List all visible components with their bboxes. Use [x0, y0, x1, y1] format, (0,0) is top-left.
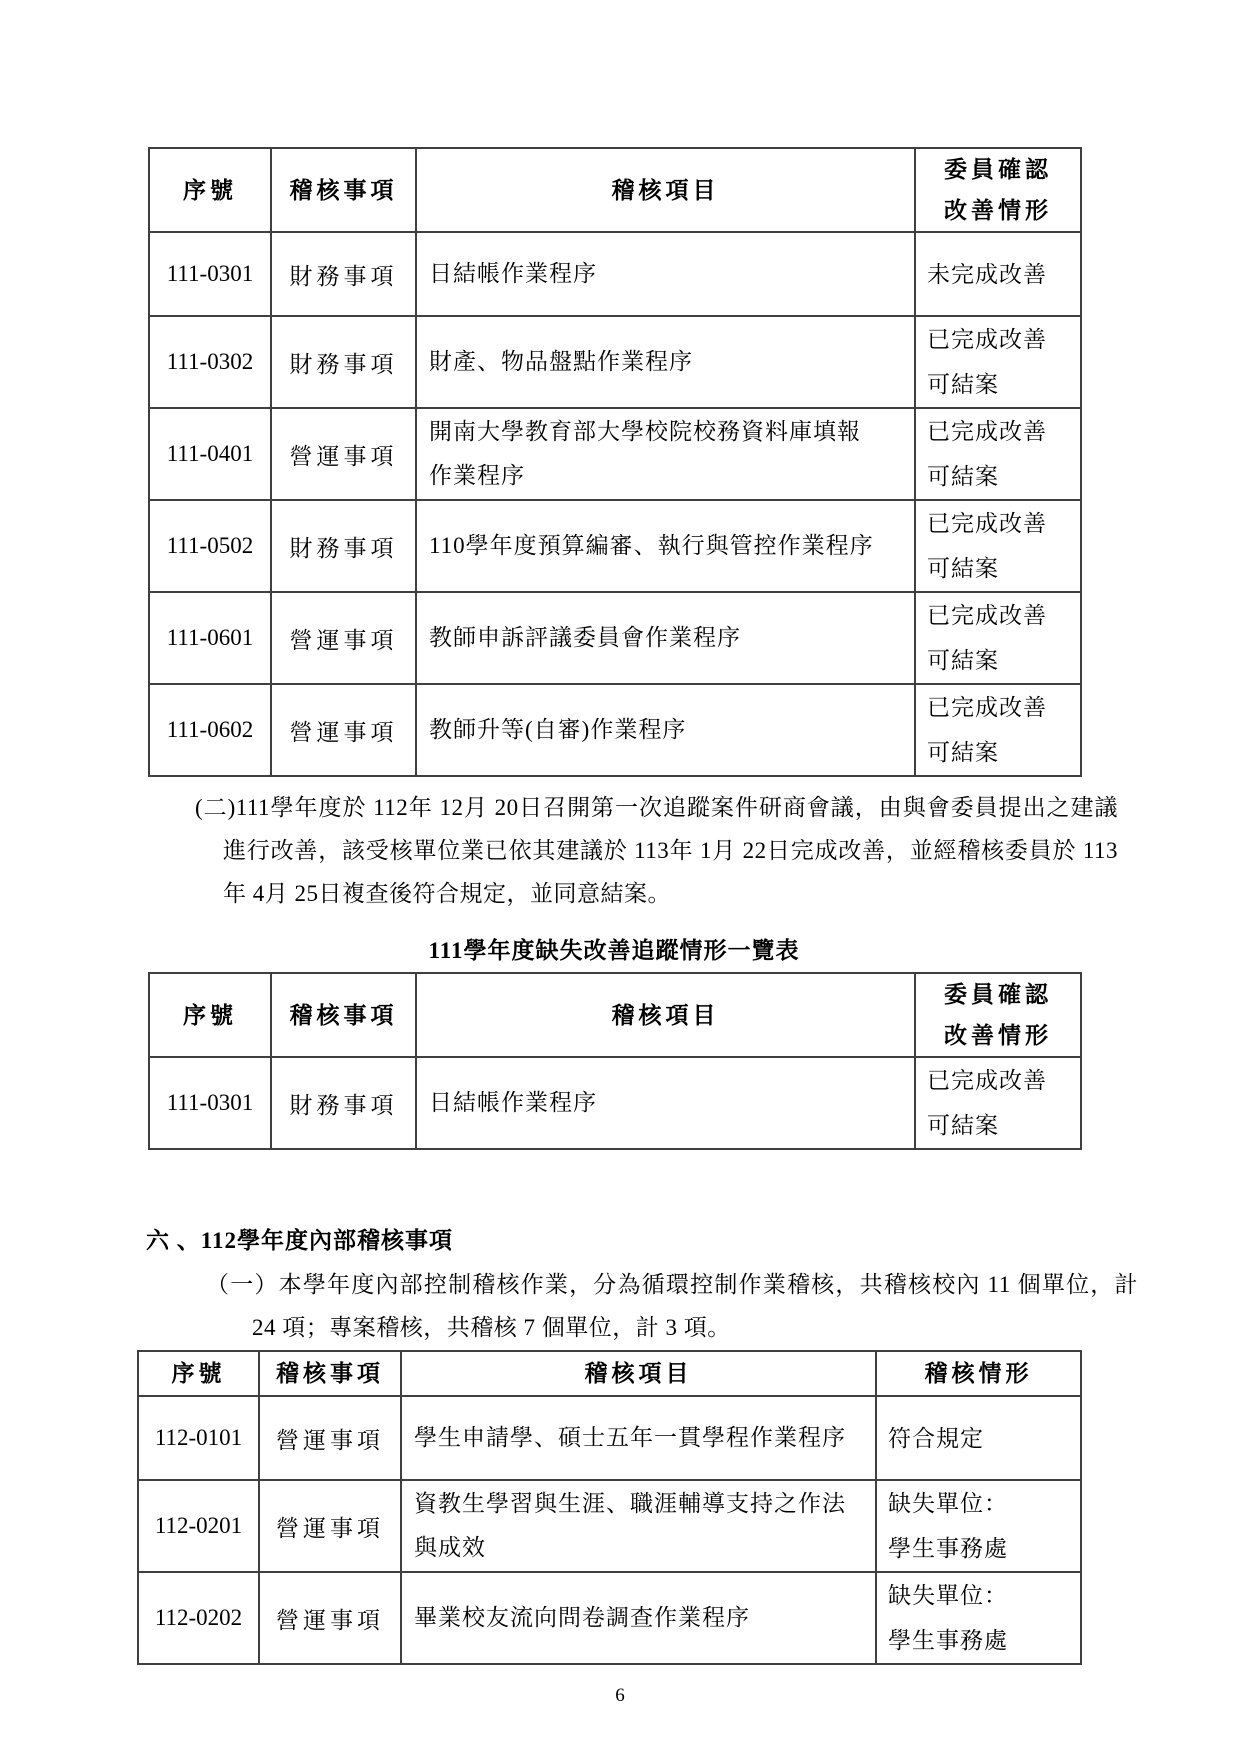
table-row: 111-0301 財務事項 日結帳作業程序 已完成改善 可結案 — [149, 1057, 1081, 1149]
table-row: 111-0401 營運事項 開南大學教育部大學校院校務資料庫填報 作業程序 已完… — [149, 408, 1081, 500]
table-row: 112-0101 營運事項 學生申請學、碩士五年一貫學程作業程序 符合規定 — [138, 1396, 1081, 1480]
table-header-row: 序號 稽核事項 稽核項目 委員確認 改善情形 — [149, 973, 1081, 1057]
cell-category: 財務事項 — [271, 316, 416, 408]
cell-seq: 111-0302 — [149, 316, 271, 408]
cell-category: 財務事項 — [271, 1057, 416, 1149]
table-row: 111-0301 財務事項 日結帳作業程序 未完成改善 — [149, 232, 1081, 316]
audit-table-112: 序號 稽核事項 稽核項目 稽核情形 112-0101 營運事項 學生申請學、碩士… — [137, 1350, 1082, 1665]
cell-status: 未完成改善 — [915, 232, 1081, 316]
cell-category: 營運事項 — [259, 1572, 401, 1664]
cell-status: 符合規定 — [876, 1396, 1081, 1480]
cell-seq: 111-0301 — [149, 1057, 271, 1149]
col-header-item: 稽核項目 — [401, 1351, 876, 1396]
cell-category: 營運事項 — [259, 1480, 401, 1572]
cell-status: 缺失單位： 學生事務處 — [876, 1480, 1081, 1572]
cell-status: 已完成改善 可結案 — [915, 500, 1081, 592]
cell-category: 營運事項 — [271, 684, 416, 776]
col-header-seq: 序號 — [149, 148, 271, 232]
cell-status: 已完成改善 可結案 — [915, 592, 1081, 684]
cell-item: 畢業校友流向問卷調查作業程序 — [401, 1572, 876, 1664]
cell-seq: 112-0201 — [138, 1480, 259, 1572]
cell-category: 財務事項 — [271, 500, 416, 592]
cell-seq: 111-0301 — [149, 232, 271, 316]
table-row: 111-0602 營運事項 教師升等(自審)作業程序 已完成改善 可結案 — [149, 684, 1081, 776]
col-header-status: 委員確認 改善情形 — [915, 148, 1081, 232]
cell-seq: 111-0602 — [149, 684, 271, 776]
cell-status: 已完成改善 可結案 — [915, 1057, 1081, 1149]
tracking-table-111: 序號 稽核事項 稽核項目 委員確認 改善情形 111-0301 財務事項 日結帳… — [148, 972, 1082, 1150]
col-header-category: 稽核事項 — [271, 973, 416, 1057]
paragraph-followup-meeting: (二)111學年度於 112年 12月 20日召開第一次追蹤案件研商會議，由與會… — [195, 786, 1118, 915]
cell-category: 營運事項 — [259, 1396, 401, 1480]
cell-seq: 112-0101 — [138, 1396, 259, 1480]
cell-category: 營運事項 — [271, 408, 416, 500]
table-row: 112-0201 營運事項 資教生學習與生涯、職涯輔導支持之作法 與成效 缺失單… — [138, 1480, 1081, 1572]
cell-seq: 111-0401 — [149, 408, 271, 500]
page-number: 6 — [0, 1684, 1240, 1708]
table-row: 111-0601 營運事項 教師申訴評議委員會作業程序 已完成改善 可結案 — [149, 592, 1081, 684]
paragraph-112-audit-summary: （一）本學年度內部控制稽核作業，分為循環控制作業稽核，共稽核校內 11 個單位，… — [206, 1263, 1138, 1349]
cell-category: 營運事項 — [271, 592, 416, 684]
document-page: 序號 稽核事項 稽核項目 委員確認 改善情形 111-0301 財務事項 日結帳… — [0, 0, 1240, 1755]
cell-status: 缺失單位： 學生事務處 — [876, 1572, 1081, 1664]
table-row: 111-0302 財務事項 財產、物品盤點作業程序 已完成改善 可結案 — [149, 316, 1081, 408]
followup-table-111-top: 序號 稽核事項 稽核項目 委員確認 改善情形 111-0301 財務事項 日結帳… — [148, 147, 1082, 777]
cell-seq: 111-0601 — [149, 592, 271, 684]
table-header-row: 序號 稽核事項 稽核項目 稽核情形 — [138, 1351, 1081, 1396]
cell-status: 已完成改善 可結案 — [915, 684, 1081, 776]
cell-item: 開南大學教育部大學校院校務資料庫填報 作業程序 — [416, 408, 915, 500]
table-row: 112-0202 營運事項 畢業校友流向問卷調查作業程序 缺失單位： 學生事務處 — [138, 1572, 1081, 1664]
col-header-status: 委員確認 改善情形 — [915, 973, 1081, 1057]
section-heading-112-audit: 六 、112學年度內部稽核事項 — [146, 1226, 453, 1256]
col-header-status: 稽核情形 — [876, 1351, 1081, 1396]
cell-seq: 111-0502 — [149, 500, 271, 592]
cell-item: 日結帳作業程序 — [416, 232, 915, 316]
col-header-item: 稽核項目 — [416, 148, 915, 232]
cell-item: 日結帳作業程序 — [416, 1057, 915, 1149]
cell-item: 財產、物品盤點作業程序 — [416, 316, 915, 408]
col-header-category: 稽核事項 — [271, 148, 416, 232]
table-header-row: 序號 稽核事項 稽核項目 委員確認 改善情形 — [149, 148, 1081, 232]
col-header-category: 稽核事項 — [259, 1351, 401, 1396]
cell-item: 教師升等(自審)作業程序 — [416, 684, 915, 776]
col-header-item: 稽核項目 — [416, 973, 915, 1057]
cell-item: 教師申訴評議委員會作業程序 — [416, 592, 915, 684]
cell-seq: 112-0202 — [138, 1572, 259, 1664]
cell-item: 學生申請學、碩士五年一貫學程作業程序 — [401, 1396, 876, 1480]
cell-status: 已完成改善 可結案 — [915, 408, 1081, 500]
cell-category: 財務事項 — [271, 232, 416, 316]
cell-item: 110學年度預算編審、執行與管控作業程序 — [416, 500, 915, 592]
cell-status: 已完成改善 可結案 — [915, 316, 1081, 408]
col-header-seq: 序號 — [149, 973, 271, 1057]
cell-item: 資教生學習與生涯、職涯輔導支持之作法 與成效 — [401, 1480, 876, 1572]
table-row: 111-0502 財務事項 110學年度預算編審、執行與管控作業程序 已完成改善… — [149, 500, 1081, 592]
table-title-111-tracking: 111學年度缺失改善追蹤情形一覽表 — [148, 936, 1080, 966]
col-header-seq: 序號 — [138, 1351, 259, 1396]
